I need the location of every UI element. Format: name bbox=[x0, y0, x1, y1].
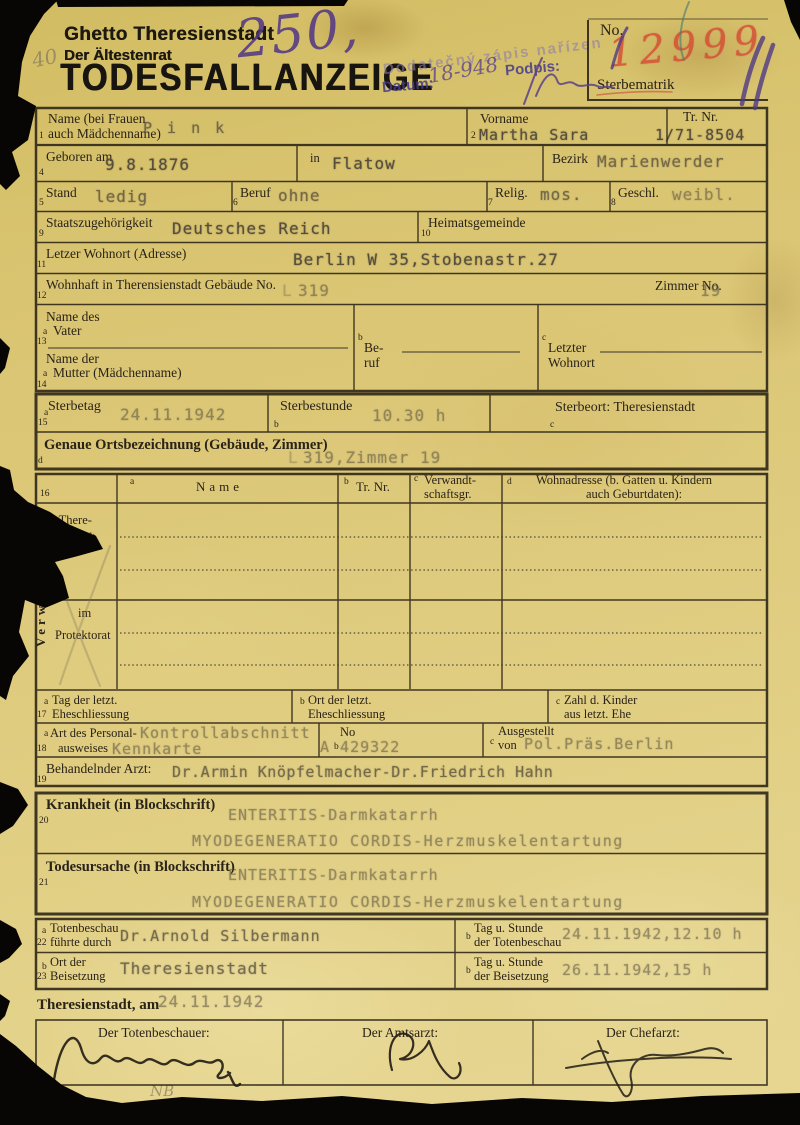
field-trnr-label: Tr. Nr. bbox=[683, 110, 718, 125]
field-arzt-value: Dr.Armin Knöpfelmacher-Dr.Friedrich Hahn bbox=[172, 763, 553, 781]
field-todesursache-value-2: MYODEGENERATIO CORDIS-Herzmuskelentartun… bbox=[192, 893, 624, 911]
col-beruf-sub: b bbox=[358, 333, 363, 343]
field-wohnhaft-num: 12 bbox=[37, 291, 47, 301]
field-ausweis-label-2: ausweises bbox=[58, 742, 108, 756]
field-totenbeschau-sub: a bbox=[42, 926, 46, 936]
field-geboren-value: 9.8.1876 bbox=[105, 155, 190, 174]
podpis-stamp-label: Podpis: bbox=[504, 58, 560, 80]
col-wohnort-label-1: Letzter bbox=[548, 341, 586, 356]
relatives-group2-label-1: im bbox=[78, 607, 91, 621]
col-beruf-label-1: Be- bbox=[364, 341, 384, 356]
field-vater-label-2: Vater bbox=[53, 324, 81, 339]
relatives-col-addr-header-2: auch Geburtdaten): bbox=[586, 488, 682, 502]
field-eheort-label-2: Eheschliessung bbox=[308, 708, 385, 722]
relatives-group1-label-1: in There- bbox=[46, 514, 92, 528]
relatives-col-name-header: Name bbox=[196, 480, 243, 494]
field-ehetag-label-2: Eheschliessung bbox=[52, 708, 129, 722]
signature-label-amtsarzt: Der Amtsarzt: bbox=[362, 1026, 438, 1041]
relatives-col-verw-header-2: schaftsgr. bbox=[424, 488, 472, 502]
field-vorname-label: Vorname bbox=[480, 112, 529, 127]
field-ehetag-num: 17 bbox=[37, 710, 47, 720]
field-wohnort-num: 11 bbox=[37, 260, 46, 270]
field-beisetzung-time-sub: b bbox=[466, 966, 471, 976]
field-heimat-label: Heimatsgemeinde bbox=[428, 216, 525, 231]
field-mutter-label-2: Mutter (Mädchenname) bbox=[53, 366, 182, 381]
field-totenbeschau-time-label-2: der Totenbeschau bbox=[474, 936, 561, 950]
footer-place-label: Theresienstadt, am bbox=[37, 997, 159, 1014]
field-todesursache-label: Todesursache (in Blockschrift) bbox=[46, 860, 235, 876]
field-totenbeschau-label-1: Totenbeschau bbox=[50, 922, 119, 936]
col-beruf-label-2: ruf bbox=[364, 356, 380, 371]
field-kinder-sub: c bbox=[556, 697, 560, 707]
field-totenbeschau-time-sub: b bbox=[466, 932, 471, 942]
field-vater-num: 13 bbox=[37, 337, 47, 347]
field-sterbetag-num: 15 bbox=[38, 418, 48, 428]
relatives-col-d-sub: d bbox=[507, 477, 512, 487]
field-ehetag-sub: a bbox=[44, 697, 48, 707]
field-totenbeschau-label-2: führte durch bbox=[50, 936, 111, 950]
field-sterbeort-label: Sterbeort: Theresienstadt bbox=[555, 400, 695, 415]
field-sterbetag-value: 24.11.1942 bbox=[120, 405, 226, 424]
field-vorname-value: Martha Sara bbox=[479, 126, 589, 144]
field-ausgestellt-value: Pol.Präs.Berlin bbox=[524, 735, 674, 753]
field-name-label-1: Name (bei Frauen bbox=[48, 112, 145, 127]
field-gebaeude-value: 319 bbox=[298, 281, 330, 300]
field-krankheit-label: Krankheit (in Blockschrift) bbox=[46, 798, 215, 814]
field-beisetzung-label-2: Beisetzung bbox=[50, 970, 106, 984]
field-beruf-value: ohne bbox=[278, 186, 321, 205]
field-stand-label: Stand bbox=[46, 186, 77, 201]
signature-label-totenbeschauer: Der Totenbeschauer: bbox=[98, 1026, 210, 1041]
field-todesursache-value-1: ENTERITIS-Darmkatarrh bbox=[228, 866, 439, 884]
field-genaue-label: Genaue Ortsbezeichnung (Gebäude, Zimmer) bbox=[44, 438, 328, 454]
paper-background: Ghetto Theresienstadt Der Ältestenrat TO… bbox=[0, 0, 800, 1125]
field-sterbestunde-label: Sterbestunde bbox=[280, 399, 352, 414]
relatives-side-label: Verwandte bbox=[34, 552, 48, 647]
field-geschl-value: weibl. bbox=[672, 185, 736, 204]
sterbematrik-label: Sterbematrik bbox=[597, 77, 674, 94]
field-eheort-sub: b bbox=[300, 697, 305, 707]
field-geschl-label: Geschl. bbox=[618, 186, 659, 201]
field-geboren-num: 4 bbox=[39, 168, 44, 178]
field-geboren-label: Geboren am bbox=[46, 150, 112, 165]
field-sterbestunde-sub: b bbox=[274, 420, 279, 430]
field-kinder-label-1: Zahl d. Kinder bbox=[564, 694, 637, 708]
field-ehetag-label-1: Tag der letzt. bbox=[52, 694, 117, 708]
field-staat-label: Staatszugehörigkeit bbox=[46, 216, 152, 231]
field-stand-num: 5 bbox=[39, 198, 44, 208]
field-bezirk-label: Bezirk bbox=[552, 152, 588, 167]
field-genaue-value: 319,Zimmer 19 bbox=[303, 448, 441, 467]
field-beisetzung-num: 23 bbox=[37, 972, 47, 982]
field-beisetzung-sub: b bbox=[42, 962, 47, 972]
field-mutter-num: 14 bbox=[37, 380, 47, 390]
field-beisetzung-time-label-2: der Beisetzung bbox=[474, 970, 549, 984]
field-name-num: 1 bbox=[39, 131, 44, 141]
field-mutter-sub: a bbox=[43, 369, 47, 379]
field-trnr-value: 1/71-8504 bbox=[655, 126, 745, 144]
signature-label-chefarzt: Der Chefarzt: bbox=[606, 1026, 680, 1041]
field-totenbeschau-time-label-1: Tag u. Stunde bbox=[474, 922, 543, 936]
field-genaue-sub: d bbox=[38, 456, 43, 466]
field-heimat-num: 10 bbox=[421, 229, 431, 239]
relatives-col-a-sub: a bbox=[130, 477, 134, 487]
field-geschl-num: 8 bbox=[611, 198, 616, 208]
field-arzt-label: Behandelnder Arzt: bbox=[46, 762, 151, 777]
field-wohnhaft-label: Wohnhaft in Therensienstadt Gebäude No. bbox=[46, 278, 276, 293]
col-wohnort-sub: c bbox=[542, 333, 546, 343]
field-wohnort-value: Berlin W 35,Stobenastr.27 bbox=[293, 250, 559, 269]
relatives-group2-label-2: Protektorat bbox=[55, 629, 111, 643]
pencil-note-bottom: NB bbox=[150, 1082, 174, 1100]
field-beruf-num: 6 bbox=[233, 198, 238, 208]
field-beisetzung-time-value: 26.11.1942,15 h bbox=[562, 961, 712, 979]
field-sterbetag-label: Sterbetag bbox=[48, 399, 101, 414]
relatives-col-trnr-header: Tr. Nr. bbox=[356, 480, 390, 494]
relatives-col-b-sub: b bbox=[344, 477, 349, 487]
field-sterbetag-sub: a bbox=[44, 408, 48, 418]
field-krankheit-num: 20 bbox=[39, 816, 49, 826]
field-sterbeort-sub: c bbox=[550, 420, 554, 430]
field-totenbeschau-time-value: 24.11.1942,12.10 h bbox=[562, 925, 743, 943]
field-vorname-num: 2 bbox=[471, 131, 476, 141]
field-todesursache-num: 21 bbox=[39, 878, 49, 888]
field-zimmer-value: 19 bbox=[700, 281, 721, 300]
signature-chefarzt bbox=[566, 1041, 731, 1096]
field-geburtsort-label: in bbox=[310, 152, 320, 166]
field-ausweis-sub: a bbox=[44, 729, 48, 739]
field-geburtsort-value: Flatow bbox=[332, 154, 396, 173]
field-kinder-label-2: aus letzt. Ehe bbox=[564, 708, 631, 722]
signature-totenbeschauer bbox=[54, 1038, 240, 1086]
col-wohnort-label-2: Wohnort bbox=[548, 356, 595, 371]
field-vater-sub: a bbox=[43, 327, 47, 337]
field-beisetzung-label-1: Ort der bbox=[50, 956, 86, 970]
field-ausweisno-value: A 429322 bbox=[320, 738, 400, 756]
death-register-number: 12999 bbox=[606, 17, 767, 77]
relatives-col-addr-header-1: Wohnadresse (b. Gatten u. Kindern bbox=[536, 474, 712, 488]
relatives-table-num: 16 bbox=[40, 489, 50, 499]
field-gebaeude-prefix: L bbox=[282, 281, 293, 300]
pencil-number-top-left: 40 bbox=[30, 44, 60, 73]
field-staat-num: 9 bbox=[39, 229, 44, 239]
field-genaue-prefix: L bbox=[288, 448, 299, 467]
field-wohnort-label: Letzer Wohnort (Adresse) bbox=[46, 247, 186, 262]
field-beruf-label: Beruf bbox=[240, 186, 271, 201]
field-ausweis-label-1: Art des Personal- bbox=[50, 727, 137, 741]
field-name-value: P i n k bbox=[143, 119, 227, 137]
field-relig-label: Relig. bbox=[495, 186, 528, 201]
field-stand-value: ledig bbox=[95, 187, 148, 206]
field-ausweis-num: 18 bbox=[37, 744, 47, 754]
relatives-group1-label-2: sienstadt bbox=[52, 531, 96, 545]
field-krankheit-value-1: ENTERITIS-Darmkatarrh bbox=[228, 806, 439, 824]
field-krankheit-value-2: MYODEGENERATIO CORDIS-Herzmuskelentartun… bbox=[192, 832, 624, 850]
field-beisetzung-value: Theresienstadt bbox=[120, 959, 269, 978]
field-arzt-num: 19 bbox=[37, 775, 47, 785]
field-sterbestunde-value: 10.30 h bbox=[372, 406, 446, 425]
field-bezirk-value: Marienwerder bbox=[597, 152, 725, 171]
footer-date-value: 24.11.1942 bbox=[158, 992, 264, 1011]
field-totenbeschau-num: 22 bbox=[37, 938, 47, 948]
relatives-col-c-sub: c bbox=[414, 474, 418, 484]
field-staat-value: Deutsches Reich bbox=[172, 219, 332, 238]
field-beisetzung-time-label-1: Tag u. Stunde bbox=[474, 956, 543, 970]
todesfallanzeige-scan: Ghetto Theresienstadt Der Ältestenrat TO… bbox=[0, 0, 800, 1125]
field-ausweis-value-2: Kennkarte bbox=[112, 740, 202, 758]
field-relig-value: mos. bbox=[540, 185, 583, 204]
field-eheort-label-1: Ort der letzt. bbox=[308, 694, 372, 708]
field-relig-num: 7 bbox=[488, 198, 493, 208]
field-totenbeschau-value: Dr.Arnold Silbermann bbox=[120, 927, 321, 945]
field-ausgestellt-label-2: von bbox=[498, 739, 517, 753]
relatives-col-verw-header-1: Verwandt- bbox=[424, 474, 476, 488]
field-ausgestellt-sub: c bbox=[490, 737, 494, 747]
